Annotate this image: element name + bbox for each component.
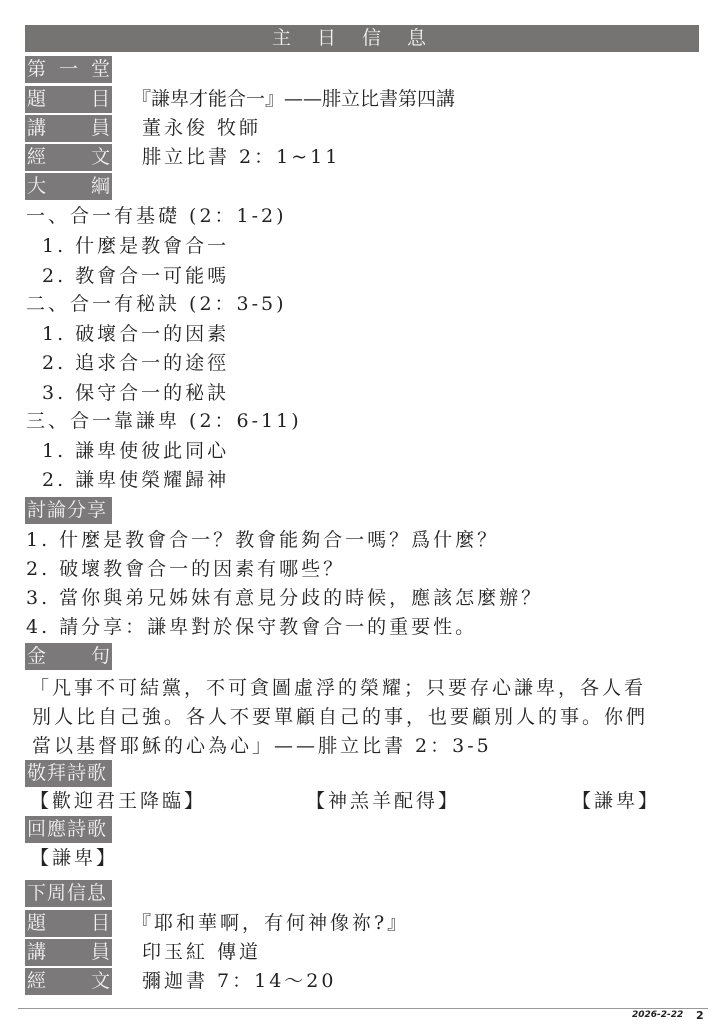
discussion-item: 4. 請分享：謙卑對於保守教會合一的重要性。	[26, 614, 477, 641]
verse-line: 別人比自己強。各人不要單顧自己的事，也要顧別人的事。你們	[32, 704, 648, 731]
next-title: 『耶和華啊，有何神像祢?』	[132, 910, 409, 937]
discussion-item: 2. 破壞教會合一的因素有哪些？	[26, 556, 345, 583]
verse-label: 金 句	[25, 643, 112, 670]
label-char: 員	[91, 115, 110, 142]
title-label: 題 目	[25, 86, 112, 113]
worship-song: 【神羔羊配得】	[306, 788, 460, 815]
page-title: 主日信息	[25, 25, 699, 52]
label-char: 堂	[91, 56, 110, 83]
discussion-label: 討論分享	[25, 497, 112, 524]
response-label: 回應詩歌	[25, 816, 112, 843]
label-char: 第	[27, 56, 46, 83]
label-char: 金	[27, 643, 46, 670]
worship-song: 【歡迎君王降臨】	[30, 788, 206, 815]
next-scripture-label: 經 文	[25, 968, 112, 995]
outline-item: 3. 保守合一的秘訣	[42, 380, 229, 407]
label-char: 文	[91, 144, 110, 171]
next-speaker: 印玉紅 傳道	[142, 939, 261, 966]
label-char: 大	[27, 173, 46, 200]
label-char: 一	[59, 56, 78, 83]
label-char: 目	[91, 86, 110, 113]
label-char: 句	[91, 643, 110, 670]
footer-divider	[18, 1008, 708, 1009]
worship-label: 敬拜詩歌	[25, 760, 112, 787]
outline-heading: 三、合一靠謙卑 (2：6-11)	[26, 408, 302, 435]
outline-item: 2. 追求合一的途徑	[42, 350, 229, 377]
label-char: 講	[27, 939, 46, 966]
sermon-scripture: 腓立比書 2：1~11	[142, 144, 340, 171]
footer-date: 2026-2-22	[632, 1010, 683, 1020]
service-label: 第 一 堂	[25, 56, 112, 83]
sermon-title: 『謙卑才能合一』——腓立比書第四講	[132, 86, 455, 113]
response-song: 【謙卑】	[30, 845, 118, 872]
scripture-label: 經 文	[25, 144, 112, 171]
outline-item: 1. 破壞合一的因素	[42, 321, 229, 348]
page-number: 2	[696, 1009, 704, 1022]
next-title-label: 題 目	[25, 910, 112, 937]
label-char: 員	[91, 939, 110, 966]
label-char: 經	[27, 968, 46, 995]
label-char: 經	[27, 144, 46, 171]
outline-item: 2. 教會合一可能嗎	[42, 263, 229, 290]
outline-heading: 二、合一有秘訣 (2：3-5)	[26, 291, 287, 318]
label-char: 綱	[91, 173, 110, 200]
verse-line: 「凡事不可結黨，不可貪圖虛浮的榮耀；只要存心謙卑，各人看	[30, 675, 646, 702]
label-char: 題	[27, 86, 46, 113]
discussion-item: 3. 當你與弟兄姊妹有意見分歧的時候，應該怎麼辦？	[26, 585, 543, 612]
label-char: 題	[27, 910, 46, 937]
outline-item: 2. 謙卑使榮耀歸神	[42, 467, 229, 494]
worship-song: 【謙卑】	[572, 788, 660, 815]
next-speaker-label: 講 員	[25, 939, 112, 966]
sermon-speaker: 董永俊 牧師	[142, 115, 261, 142]
label-char: 目	[91, 910, 110, 937]
speaker-label: 講 員	[25, 115, 112, 142]
outline-item: 1. 什麼是教會合一	[42, 233, 229, 260]
verse-line: 當以基督耶穌的心為心」——腓立比書 2：3-5	[32, 733, 492, 760]
label-char: 講	[27, 115, 46, 142]
outline-heading: 一、合一有基礎 (2：1-2)	[26, 203, 287, 230]
outline-item: 1. 謙卑使彼此同心	[42, 438, 229, 465]
discussion-item: 1. 什麼是教會合一？教會能夠合一嗎？爲什麼？	[26, 527, 499, 554]
label-char: 文	[91, 968, 110, 995]
next-scripture: 彌迦書 7：14～20	[142, 968, 336, 995]
next-week-label: 下周信息	[25, 880, 112, 907]
outline-label: 大 綱	[25, 173, 112, 200]
